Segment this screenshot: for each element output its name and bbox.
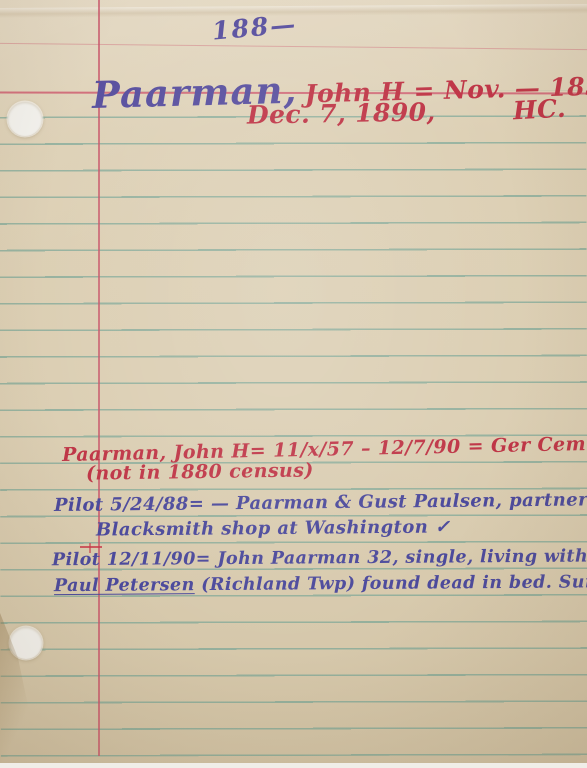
ruled-lines bbox=[0, 90, 587, 757]
underlined-name: Paul Petersen bbox=[54, 575, 195, 596]
margin-tick-mark bbox=[80, 546, 102, 548]
top-margin-line-faint bbox=[0, 43, 587, 50]
header-initials: HC. bbox=[512, 94, 566, 126]
header-death-date: Dec. 7, 1890, bbox=[247, 97, 436, 129]
scan-edge-strip bbox=[0, 763, 587, 768]
note-cemetery-line2: (not in 1880 census) bbox=[86, 459, 314, 484]
page-number: 188— bbox=[211, 9, 298, 45]
punch-hole-top bbox=[8, 102, 42, 136]
note-death-source-line: Pilot 12/11/90= John Paarman 32, single,… bbox=[52, 546, 587, 570]
notebook-paper: 188— Paarman, John H = Nov. — 1857, Dec.… bbox=[0, 0, 587, 763]
death-continuation-rest: (Richland Twp) found dead in bed. Sun A.… bbox=[195, 572, 587, 595]
note-blacksmith-continuation-line: Blacksmith shop at Washington ✓ bbox=[96, 516, 451, 540]
note-death-continuation-line: Paul Petersen (Richland Twp) found dead … bbox=[54, 572, 587, 596]
